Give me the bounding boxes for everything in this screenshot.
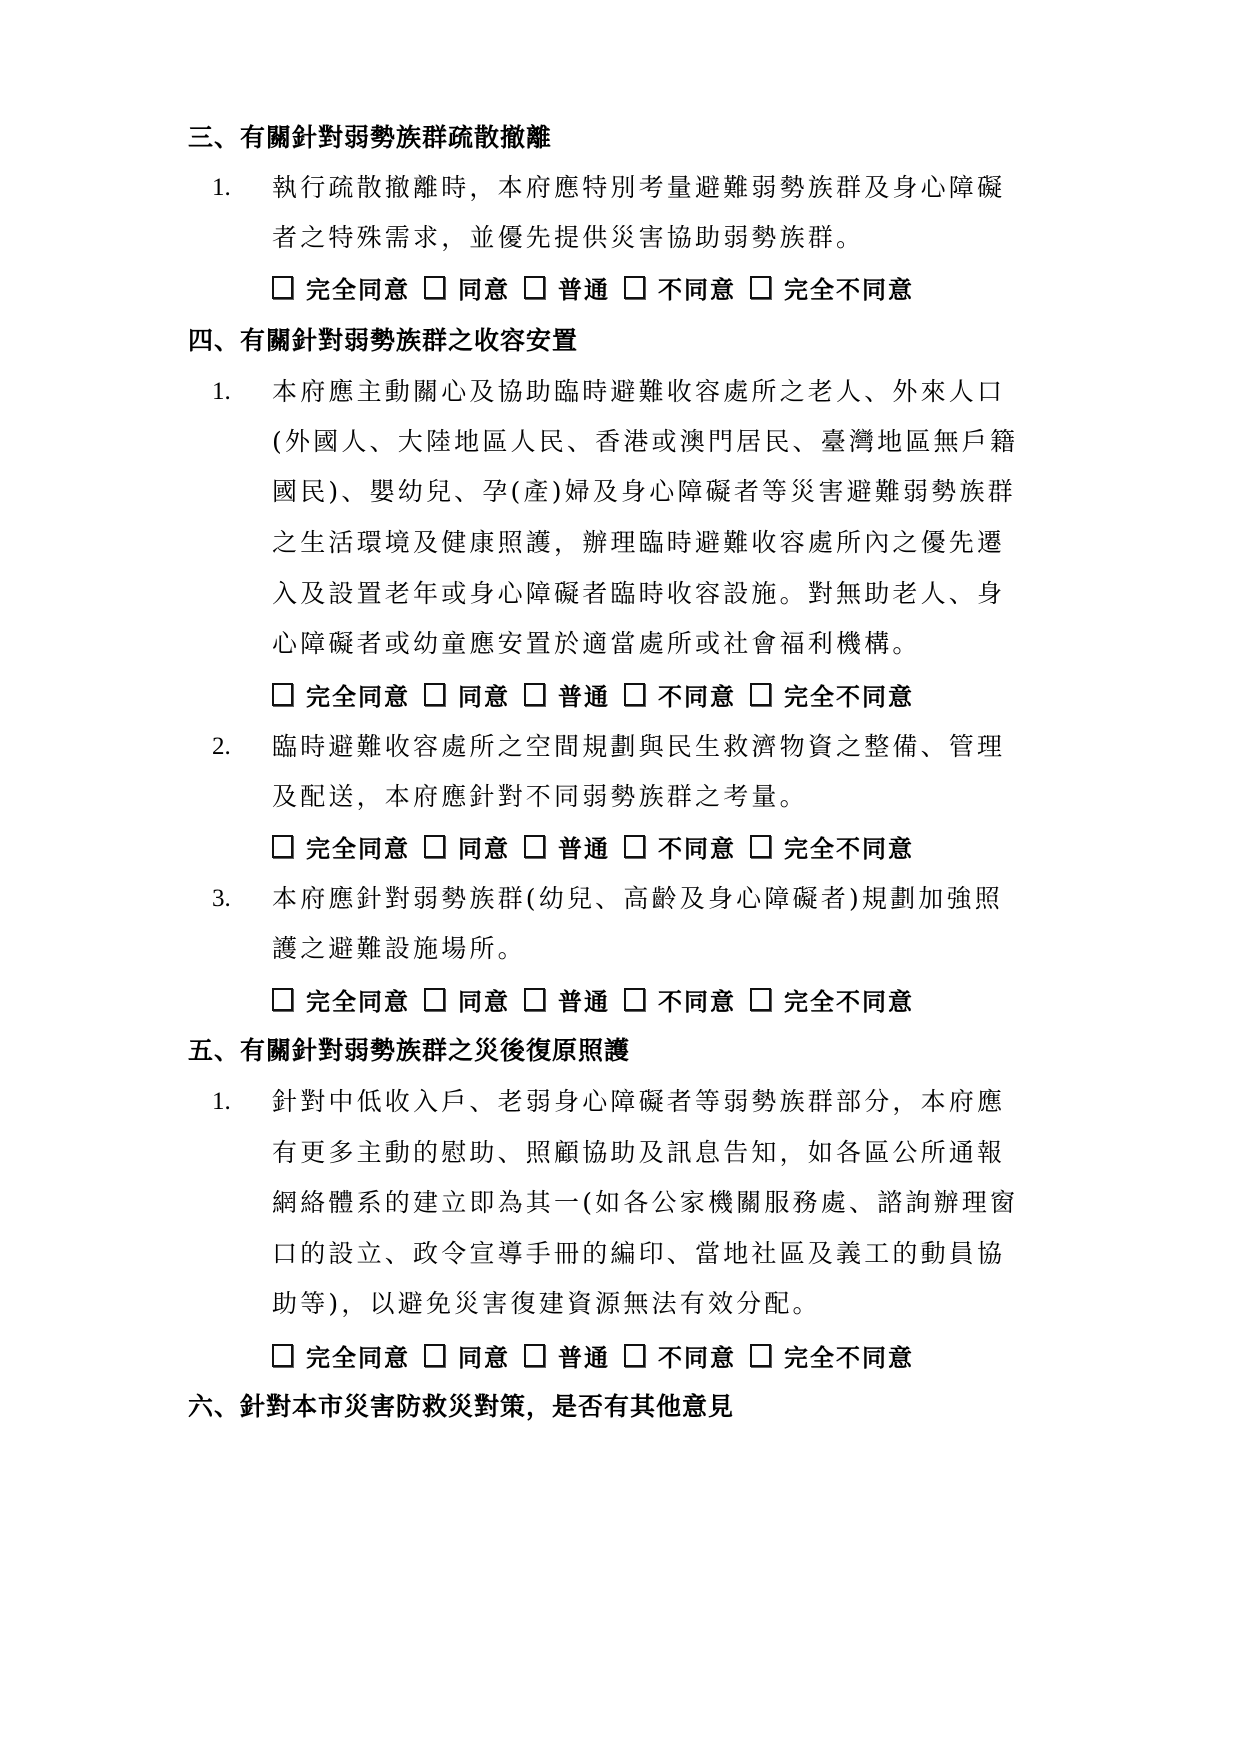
checkbox-icon[interactable] [750,276,771,299]
option-disagree[interactable]: 不同意 [624,982,736,1017]
item-text-line: 本府應主動關心及協助臨時避難收容處所之老人、外來人口 [272,376,1062,408]
checkbox-icon[interactable] [272,683,293,706]
option-agree[interactable]: 同意 [424,677,510,712]
option-strongly-agree[interactable]: 完全同意 [272,982,410,1017]
option-label: 完全同意 [306,1338,410,1373]
item-text-line: 入及設置老年或身心障礙者臨時收容設施。對無助老人、身 [272,578,1062,610]
option-disagree[interactable]: 不同意 [624,829,736,864]
item-number: 1. [212,1086,231,1118]
questionnaire-page: 三、有關針對弱勢族群疏散撤離 1. 執行疏散撤離時，本府應特別考量避難弱勢族群及… [0,0,1241,1755]
option-strongly-disagree[interactable]: 完全不同意 [750,982,914,1017]
item-text-line: (外國人、大陸地區人民、香港或澳門居民、臺灣地區無戶籍 [272,426,1062,458]
option-label: 不同意 [658,982,736,1017]
option-strongly-agree[interactable]: 完全同意 [272,829,410,864]
option-strongly-agree[interactable]: 完全同意 [272,677,410,712]
option-strongly-agree[interactable]: 完全同意 [272,270,410,305]
checkbox-icon[interactable] [424,988,445,1011]
option-agree[interactable]: 同意 [424,270,510,305]
option-neutral[interactable]: 普通 [524,677,610,712]
checkbox-icon[interactable] [272,276,293,299]
option-disagree[interactable]: 不同意 [624,270,736,305]
item-text-line: 國民)、嬰幼兒、孕(產)婦及身心障礙者等災害避難弱勢族群 [272,476,1062,508]
checkbox-icon[interactable] [424,835,445,858]
section-heading-3: 三、有關針對弱勢族群疏散撤離 [188,122,552,154]
item-text-line: 口的設立、政令宣導手冊的編印、當地社區及義工的動員協 [272,1238,1062,1270]
checkbox-icon[interactable] [424,683,445,706]
checkbox-icon[interactable] [624,276,645,299]
option-neutral[interactable]: 普通 [524,829,610,864]
checkbox-icon[interactable] [750,835,771,858]
checkbox-icon[interactable] [272,835,293,858]
option-label: 同意 [458,270,510,305]
option-label: 不同意 [658,1338,736,1373]
section-heading-5: 五、有關針對弱勢族群之災後復原照護 [188,1035,630,1067]
checkbox-icon[interactable] [624,988,645,1011]
checkbox-icon[interactable] [524,276,545,299]
item-text-line: 之生活環境及健康照護，辦理臨時避難收容處所內之優先遷 [272,527,1062,559]
checkbox-icon[interactable] [524,835,545,858]
option-disagree[interactable]: 不同意 [624,1338,736,1373]
item-text-line: 者之特殊需求，並優先提供災害協助弱勢族群。 [272,222,1062,254]
checkbox-icon[interactable] [524,683,545,706]
checkbox-icon[interactable] [624,1344,645,1367]
option-label: 普通 [558,982,610,1017]
option-agree[interactable]: 同意 [424,829,510,864]
option-strongly-disagree[interactable]: 完全不同意 [750,677,914,712]
option-strongly-agree[interactable]: 完全同意 [272,1338,410,1373]
option-label: 普通 [558,677,610,712]
option-label: 不同意 [658,677,736,712]
option-strongly-disagree[interactable]: 完全不同意 [750,270,914,305]
option-label: 完全不同意 [784,982,914,1017]
option-label: 完全不同意 [784,1338,914,1373]
option-agree[interactable]: 同意 [424,1338,510,1373]
checkbox-icon[interactable] [750,1344,771,1367]
item-text-line: 有更多主動的慰助、照顧協助及訊息告知，如各區公所通報 [272,1137,1062,1169]
option-neutral[interactable]: 普通 [524,270,610,305]
checkbox-icon[interactable] [750,683,771,706]
item-text-line: 執行疏散撤離時，本府應特別考量避難弱勢族群及身心障礙 [272,172,1062,204]
rating-row-3-1: 完全同意 同意 普通 不同意 完全不同意 [272,270,928,304]
item-number: 2. [212,731,231,763]
option-label: 不同意 [658,829,736,864]
item-number: 3. [212,883,231,915]
item-text-line: 心障礙者或幼童應安置於適當處所或社會福利機構。 [272,628,1062,660]
item-text-line: 護之避難設施場所。 [272,933,1062,965]
option-label: 同意 [458,982,510,1017]
option-label: 完全不同意 [784,270,914,305]
option-label: 同意 [458,677,510,712]
checkbox-icon[interactable] [750,988,771,1011]
option-neutral[interactable]: 普通 [524,982,610,1017]
item-number: 1. [212,172,231,204]
item-text-line: 臨時避難收容處所之空間規劃與民生救濟物資之整備、管理 [272,731,1062,763]
checkbox-icon[interactable] [624,835,645,858]
rating-row-4-3: 完全同意 同意 普通 不同意 完全不同意 [272,982,928,1016]
section-heading-6: 六、針對本市災害防救災對策，是否有其他意見 [188,1391,734,1423]
option-label: 普通 [558,829,610,864]
checkbox-icon[interactable] [524,1344,545,1367]
option-agree[interactable]: 同意 [424,982,510,1017]
option-label: 普通 [558,1338,610,1373]
section-heading-4: 四、有關針對弱勢族群之收容安置 [188,325,578,357]
item-text-line: 針對中低收入戶、老弱身心障礙者等弱勢族群部分，本府應 [272,1086,1062,1118]
checkbox-icon[interactable] [424,276,445,299]
checkbox-icon[interactable] [624,683,645,706]
option-label: 不同意 [658,270,736,305]
item-number: 1. [212,376,231,408]
option-label: 完全同意 [306,270,410,305]
option-strongly-disagree[interactable]: 完全不同意 [750,829,914,864]
option-label: 普通 [558,270,610,305]
option-label: 同意 [458,1338,510,1373]
option-label: 同意 [458,829,510,864]
item-text-line: 網絡體系的建立即為其一(如各公家機關服務處、諮詢辦理窗 [272,1187,1062,1219]
checkbox-icon[interactable] [524,988,545,1011]
option-label: 完全不同意 [784,829,914,864]
item-text-line: 本府應針對弱勢族群(幼兒、高齡及身心障礙者)規劃加強照 [272,883,1062,915]
checkbox-icon[interactable] [272,988,293,1011]
option-label: 完全同意 [306,677,410,712]
option-strongly-disagree[interactable]: 完全不同意 [750,1338,914,1373]
checkbox-icon[interactable] [424,1344,445,1367]
option-disagree[interactable]: 不同意 [624,677,736,712]
rating-row-4-1: 完全同意 同意 普通 不同意 完全不同意 [272,677,928,711]
option-label: 完全不同意 [784,677,914,712]
rating-row-5-1: 完全同意 同意 普通 不同意 完全不同意 [272,1338,928,1372]
item-text-line: 及配送，本府應針對不同弱勢族群之考量。 [272,781,1062,813]
option-label: 完全同意 [306,982,410,1017]
rating-row-4-2: 完全同意 同意 普通 不同意 完全不同意 [272,829,928,863]
checkbox-icon[interactable] [272,1344,293,1367]
option-neutral[interactable]: 普通 [524,1338,610,1373]
item-text-line: 助等)，以避免災害復建資源無法有效分配。 [272,1288,1062,1320]
option-label: 完全同意 [306,829,410,864]
